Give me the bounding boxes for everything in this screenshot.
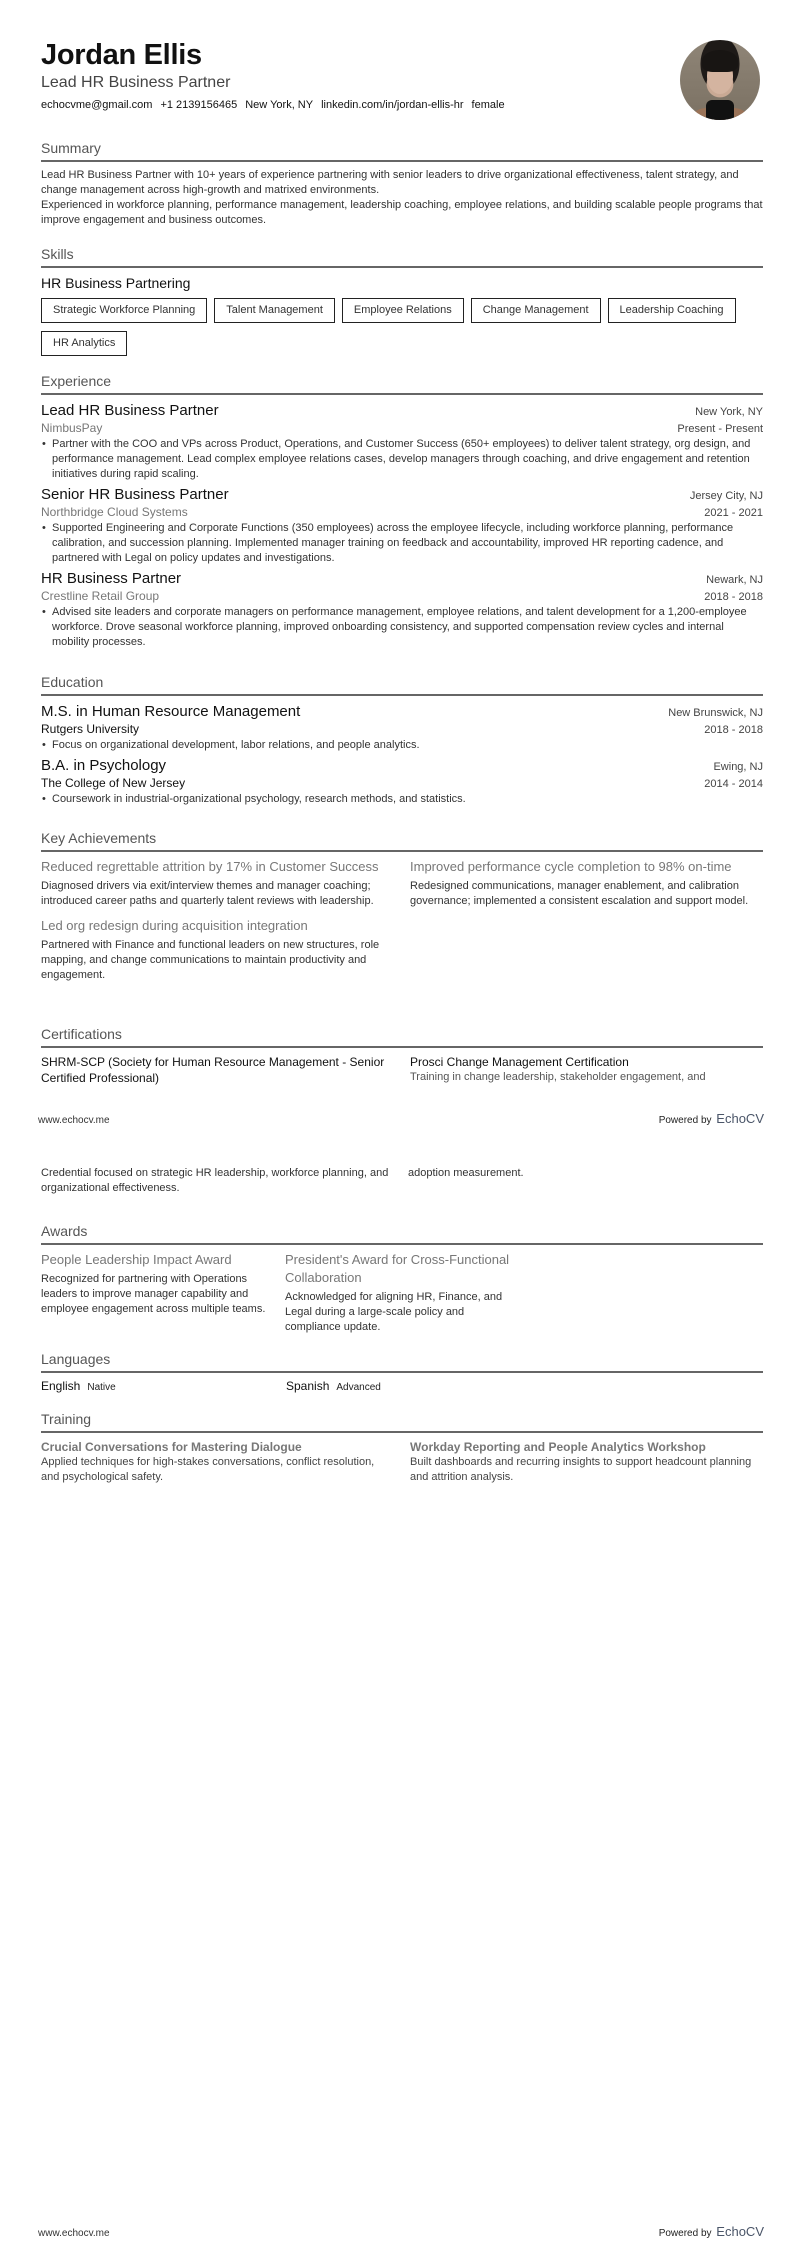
certification-desc: Training in change leadership, stakehold… [410,1070,763,1085]
achievement-item: Led org redesign during acquisition inte… [41,917,394,983]
brand-logo[interactable]: EchoCV [716,2224,764,2239]
skill-chip: Leadership Coaching [608,298,736,323]
job-company: Crestline Retail Group [41,588,159,604]
section-heading-achievements: Key Achievements [41,829,763,852]
award-item: President's Award for Cross-Functional C… [285,1251,515,1335]
certification-item: Prosci Change Management Certification T… [410,1054,763,1086]
training-grid: Crucial Conversations for Mastering Dial… [41,1439,763,1485]
job-bullet: Supported Engineering and Corporate Func… [41,521,763,566]
language-name: Spanish [286,1379,329,1393]
candidate-title: Lead HR Business Partner [41,73,763,93]
experience-entry: Lead HR Business Partner New York, NY Ni… [41,401,763,482]
skill-chip: Change Management [471,298,601,323]
contact-phone[interactable]: +1 2139156465 [160,98,237,112]
contact-email[interactable]: echocvme@gmail.com [41,98,152,112]
avatar-neck [706,100,734,120]
job-role: Senior HR Business Partner [41,485,229,504]
language-item: English Native [41,1379,286,1393]
certification-desc: Credential focused on strategic HR leade… [41,1166,396,1196]
school-name: The College of New Jersey [41,775,185,791]
achievement-desc: Redesigned communications, manager enabl… [410,879,763,909]
certification-desc: adoption measurement. [408,1166,763,1196]
skills-section: Skills HR Business Partnering Strategic … [41,245,763,356]
job-dates: 2021 - 2021 [704,507,763,519]
job-company: NimbusPay [41,420,102,436]
section-heading-training: Training [41,1410,763,1433]
footer-website[interactable]: www.echocv.me [38,2228,110,2239]
achievement-title: Reduced regrettable attrition by 17% in … [41,858,394,876]
award-desc: Recognized for partnering with Operation… [41,1272,281,1317]
section-heading-skills: Skills [41,245,763,268]
skill-chip: Employee Relations [342,298,464,323]
training-section: Training Crucial Conversations for Maste… [41,1410,763,1485]
section-heading-summary: Summary [41,139,763,162]
job-company: Northbridge Cloud Systems [41,504,188,520]
languages-section: Languages English Native Spanish Advance… [41,1350,763,1393]
achievement-title: Improved performance cycle completion to… [410,858,763,876]
award-title: President's Award for Cross-Functional C… [285,1251,515,1287]
achievement-item: Reduced regrettable attrition by 17% in … [41,858,394,909]
powered-by-label: Powered by [659,2228,712,2239]
training-desc: Built dashboards and recurring insights … [410,1455,763,1485]
training-item: Workday Reporting and People Analytics W… [410,1439,763,1485]
summary-paragraph: Lead HR Business Partner with 10+ years … [41,168,763,198]
section-heading-certifications: Certifications [41,1025,763,1048]
skill-chip: HR Analytics [41,331,127,356]
achievement-desc: Diagnosed drivers via exit/interview the… [41,879,394,909]
language-level: Native [87,1382,115,1393]
job-dates: Present - Present [677,423,763,435]
certification-item: SHRM-SCP (Society for Human Resource Man… [41,1054,394,1086]
education-bullet: Focus on organizational development, lab… [41,738,763,753]
education-section: Education M.S. in Human Resource Managem… [41,673,763,807]
job-bullet: Advised site leaders and corporate manag… [41,605,763,650]
avatar-hair [702,50,738,72]
skill-chips: Strategic Workforce Planning Talent Mana… [41,298,763,356]
resume-page-1: Jordan Ellis Lead HR Business Partner ec… [0,0,794,1123]
job-bullet: Partner with the COO and VPs across Prod… [41,437,763,482]
resume-page-2: Credential focused on strategic HR leade… [0,1123,794,2246]
certifications-section: Certifications SHRM-SCP (Society for Hum… [41,1025,763,1086]
training-item: Crucial Conversations for Mastering Dial… [41,1439,394,1485]
section-heading-experience: Experience [41,372,763,395]
awards-grid: People Leadership Impact Award Recognize… [41,1251,763,1335]
contact-linkedin[interactable]: linkedin.com/in/jordan-ellis-hr [321,98,463,112]
school-name: Rutgers University [41,721,139,737]
contact-location: New York, NY [245,98,313,112]
contact-line: echocvme@gmail.com +1 2139156465 New Yor… [41,98,763,112]
certifications-grid: SHRM-SCP (Society for Human Resource Man… [41,1054,763,1086]
section-heading-education: Education [41,673,763,696]
job-role: Lead HR Business Partner [41,401,219,420]
achievement-title: Led org redesign during acquisition inte… [41,917,394,935]
section-heading-languages: Languages [41,1350,763,1373]
school-location: Ewing, NJ [713,761,763,773]
achievements-section: Key Achievements Reduced regrettable att… [41,829,763,991]
skill-chip: Strategic Workforce Planning [41,298,207,323]
footer-powered-by: Powered by EchoCV [659,2224,764,2239]
section-heading-awards: Awards [41,1222,763,1245]
contact-gender: female [472,98,505,112]
education-entry: B.A. in Psychology Ewing, NJ The College… [41,756,763,807]
achievements-grid: Reduced regrettable attrition by 17% in … [41,858,763,991]
education-dates: 2014 - 2014 [704,778,763,790]
job-location: New York, NY [695,406,763,418]
summary-section: Summary Lead HR Business Partner with 10… [41,139,763,228]
summary-paragraph: Experienced in workforce planning, perfo… [41,198,763,228]
school-location: New Brunswick, NJ [668,707,763,719]
awards-section: Awards People Leadership Impact Award Re… [41,1222,763,1335]
award-desc: Acknowledged for aligning HR, Finance, a… [285,1290,515,1335]
language-level: Advanced [336,1382,380,1393]
candidate-name: Jordan Ellis [41,38,763,72]
skill-chip: Talent Management [214,298,335,323]
page-footer: www.echocv.me Powered by EchoCV [38,2224,764,2239]
job-location: Jersey City, NJ [690,490,763,502]
education-dates: 2018 - 2018 [704,724,763,736]
training-desc: Applied techniques for high-stakes conve… [41,1455,394,1485]
award-item: People Leadership Impact Award Recognize… [41,1251,281,1335]
degree: B.A. in Psychology [41,756,166,775]
achievement-desc: Partnered with Finance and functional le… [41,938,394,983]
job-role: HR Business Partner [41,569,181,588]
avatar [680,40,760,120]
language-name: English [41,1379,80,1393]
degree: M.S. in Human Resource Management [41,702,300,721]
training-title: Workday Reporting and People Analytics W… [410,1439,763,1455]
resume-header: Jordan Ellis Lead HR Business Partner ec… [41,38,763,112]
experience-section: Experience Lead HR Business Partner New … [41,372,763,650]
certification-title: Prosci Change Management Certification [410,1054,763,1070]
experience-entry: HR Business Partner Newark, NJ Crestline… [41,569,763,650]
skill-group-title: HR Business Partnering [41,274,763,292]
certification-title: SHRM-SCP (Society for Human Resource Man… [41,1054,394,1086]
education-bullet: Coursework in industrial-organizational … [41,792,763,807]
education-entry: M.S. in Human Resource Management New Br… [41,702,763,753]
achievement-item: Improved performance cycle completion to… [410,858,763,909]
languages-list: English Native Spanish Advanced [41,1379,763,1393]
training-title: Crucial Conversations for Mastering Dial… [41,1439,394,1455]
job-dates: 2018 - 2018 [704,591,763,603]
job-location: Newark, NJ [706,574,763,586]
award-title: People Leadership Impact Award [41,1251,281,1269]
language-item: Spanish Advanced [286,1379,531,1393]
experience-entry: Senior HR Business Partner Jersey City, … [41,485,763,566]
certifications-continued: Credential focused on strategic HR leade… [41,1166,763,1196]
